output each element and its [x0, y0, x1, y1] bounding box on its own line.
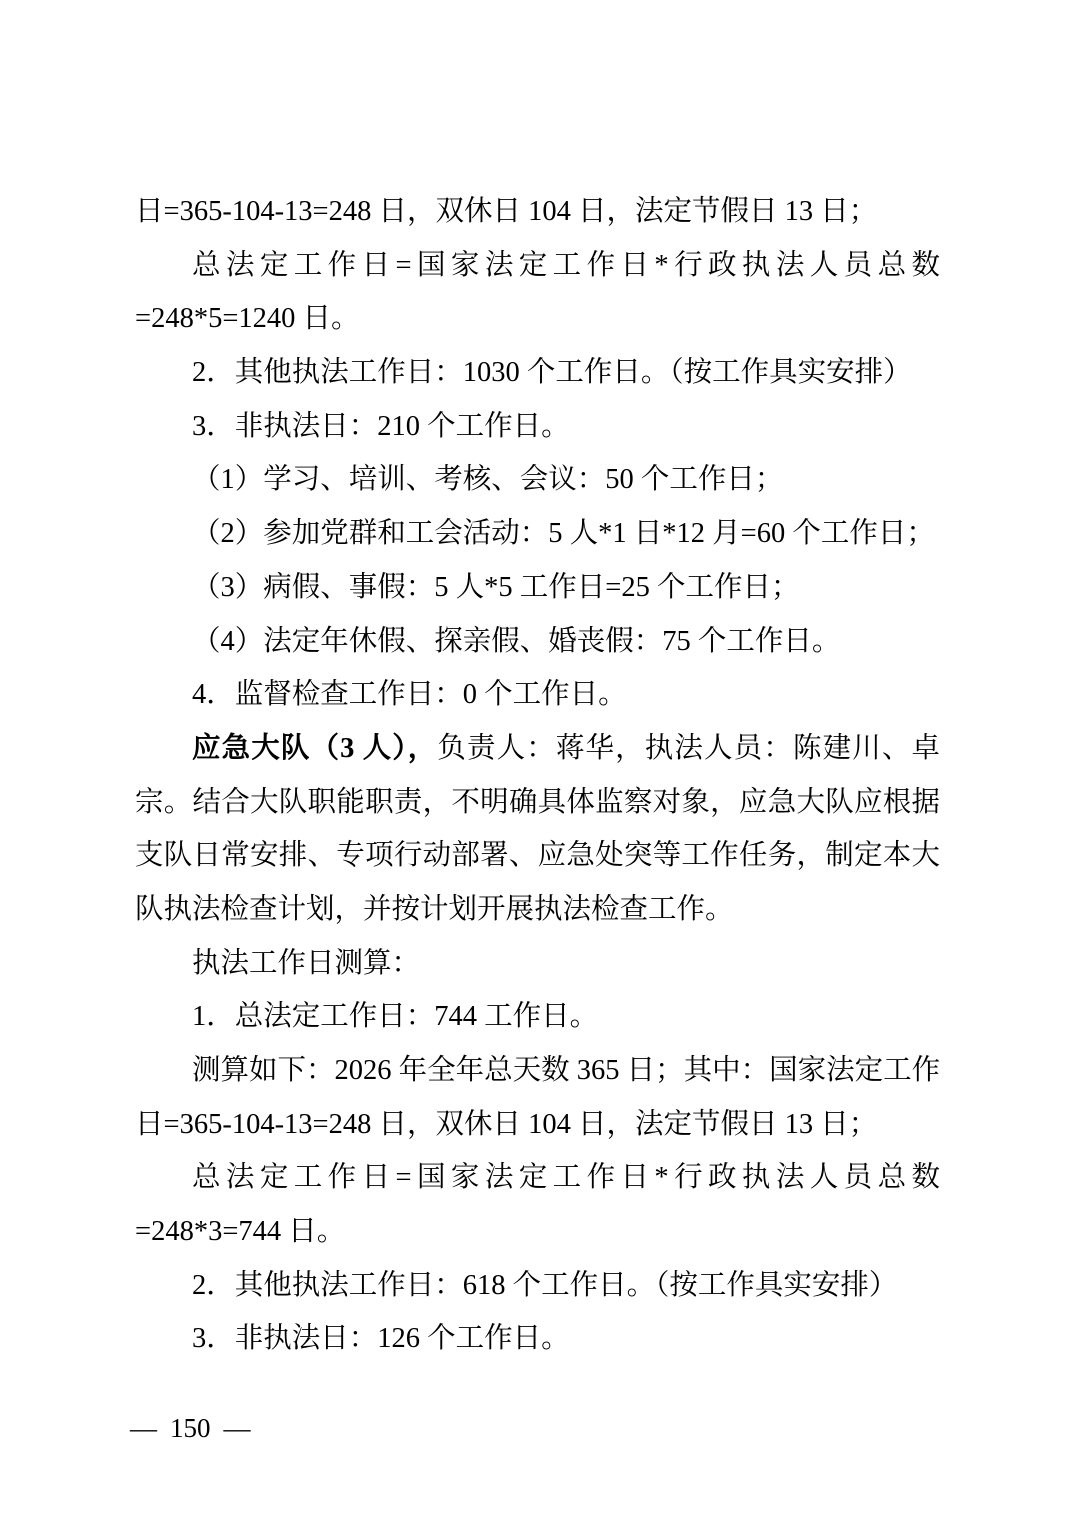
doc-line-workday-estimate-heading: 执法工作日测算： [135, 937, 940, 991]
emergency-brigade-text: 负责人：蒋华，执法人员：陈建川、卓 [437, 733, 940, 764]
page-number: 150 [170, 1413, 211, 1443]
doc-line-workday-calc-continuation: 日=365-104-13=248 日，双休日 104 日，法定节假日 13 日； [135, 185, 940, 239]
doc-line-brigade-duties-2: 宗。结合大队职能职责，不明确具体监察对象，应急大队应根据 [135, 776, 940, 830]
doc-line-sub-3-sick-leave: （3）病假、事假：5 人*5 工作日=25 个工作日； [135, 561, 940, 615]
doc-line-item-1-total-744: 1．总法定工作日：744 工作日。 [135, 990, 940, 1044]
footer-dash-left: — [130, 1413, 157, 1443]
doc-line-formula-result-1240: =248*5=1240 日。 [135, 292, 940, 346]
doc-line-emergency-brigade-intro: 应急大队（3 人），负责人：蒋华，执法人员：陈建川、卓 [135, 722, 940, 776]
emergency-brigade-heading: 应急大队（3 人）， [192, 733, 437, 764]
doc-line-item-3-non-enforcement: 3．非执法日：210 个工作日。 [135, 400, 940, 454]
doc-line-sub-1-training: （1）学习、培训、考核、会议：50 个工作日； [135, 453, 940, 507]
page-footer: —150— [130, 1404, 251, 1452]
doc-line-sub-4-annual-leave: （4）法定年休假、探亲假、婚丧假：75 个工作日。 [135, 615, 940, 669]
doc-line-estimate-detail: 测算如下：2026 年全年总天数 365 日；其中：国家法定工作 [135, 1044, 940, 1098]
doc-line-total-workday-formula-2: 总法定工作日=国家法定工作日*行政执法人员总数 [135, 1151, 940, 1205]
doc-line-workday-calc-continuation-2: 日=365-104-13=248 日，双休日 104 日，法定节假日 13 日； [135, 1098, 940, 1152]
doc-line-sub-2-union-activities: （2）参加党群和工会活动：5 人*1 日*12 月=60 个工作日； [135, 507, 940, 561]
doc-line-item-2-other-workdays: 2．其他执法工作日：1030 个工作日。（按工作具实安排） [135, 346, 940, 400]
doc-line-item-2-other-workdays-618: 2．其他执法工作日：618 个工作日。（按工作具实安排） [135, 1259, 940, 1313]
doc-line-formula-result-744: =248*3=744 日。 [135, 1205, 940, 1259]
doc-line-total-workday-formula: 总法定工作日=国家法定工作日*行政执法人员总数 [135, 239, 940, 293]
footer-dash-right: — [224, 1413, 251, 1443]
doc-line-brigade-duties-3: 支队日常安排、专项行动部署、应急处突等工作任务，制定本大 [135, 829, 940, 883]
document-body: 日=365-104-13=248 日，双休日 104 日，法定节假日 13 日；… [135, 185, 940, 1366]
doc-line-item-3-non-enforcement-126: 3．非执法日：126 个工作日。 [135, 1312, 940, 1366]
doc-line-brigade-duties-4: 队执法检查计划，并按计划开展执法检查工作。 [135, 883, 940, 937]
document-page: 日=365-104-13=248 日，双休日 104 日，法定节假日 13 日；… [0, 0, 1074, 1520]
doc-line-item-4-supervision: 4．监督检查工作日：0 个工作日。 [135, 668, 940, 722]
